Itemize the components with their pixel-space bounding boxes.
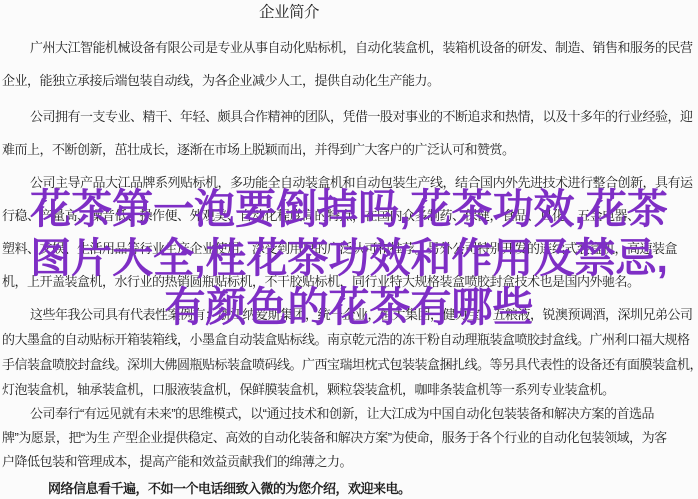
paragraph: 公司主导产品大江品牌系列贴标机，多功能全自动装盒机和自动包装生产线，结合国内外先… (2, 166, 696, 298)
paragraph-line: 牌”为愿景，把“为生 产型企业提供稳定、高效的自动化装备和解决方案”为使命，服务… (2, 426, 696, 450)
paragraph: 这些年我公司具有代表性案例有：浙江纳爱斯集团，统一企业，恒大集团，健力宝，五粮液… (2, 302, 696, 402)
paragraph-line: 户降低包装和管理成本，提高产能和效益贡献我们的绵薄之力。 (2, 450, 696, 474)
paragraph-line: 广州大江智能机械设备有限公司是专业从事自动化贴标机，自动化装盒机，装箱机设备的研… (2, 31, 696, 64)
paragraph-line: 公司主导产品大江品牌系列贴标机，多功能全自动装盒机和自动包装生产线，结合国内外先… (2, 166, 696, 199)
paragraph-line: 塑料、文娱、生活用品等行业生产企业使用，深受到用户的广泛认可和推荐。另外公司特别… (2, 232, 696, 265)
company-profile-page: 企业简介 广州大江智能机械设备有限公司是专业从事自动化贴标机，自动化装盒机，装箱… (0, 0, 698, 499)
paragraph-line: 行稳、产量高、噪音低、操作便、外观美、自动化程度高的特点，在国内众多制药、保健，… (2, 199, 696, 232)
paragraph: 公司奉行“有远见就有未来”的思维模式，以“通过技术和创新，让大江成为中国自动化包… (2, 402, 696, 474)
paragraph-line: 难而上，不断创新，茁壮成长，逐渐在市场上脱颖而出，并得到广大客户的广泛认可和赞赏… (2, 133, 696, 166)
paragraph: 公司拥有一支专业、精干、年轻、颇具合作精神的团队，凭借一股对事业的不断追求和热情… (2, 100, 696, 166)
paragraph-line: 公司奉行“有远见就有未来”的思维模式，以“通过技术和创新，让大江成为中国自动化包… (2, 402, 696, 426)
paragraph: 广州大江智能机械设备有限公司是专业从事自动化贴标机，自动化装盒机，装箱机设备的研… (2, 31, 696, 97)
body-paragraphs: 广州大江智能机械设备有限公司是专业从事自动化贴标机，自动化装盒机，装箱机设备的研… (0, 31, 698, 499)
paragraph-line: 公司拥有一支专业、精干、年轻、颇具合作精神的团队，凭借一股对事业的不断追求和热情… (2, 100, 696, 133)
page-title: 企业简介 (0, 0, 638, 23)
paragraph-line: 企业，能独立承接后端包装自动线，为各企业减少人工，提供自动化生产能力。 (2, 64, 696, 97)
paragraph-line: 灯泡装盒机，轴承装盒机，口服液装盒机，保鲜膜装盒机，颗粒袋装盒机，咖啡条装盒机等… (2, 377, 696, 402)
paragraph-line: 机，上开盖装盒机，水行业的热销圆瓶贴标机，不干胶贴标机，同行业特大规格装盒喷胶封… (2, 265, 696, 298)
closing-line: 网络信息看千遍，不如一个电话细致入微的为您介绍，欢迎来电。 (2, 477, 696, 499)
paragraph-line: 手信装盒喷胶封盒线。深圳大佛圆瓶贴标装盒喷码线。广西宝瑞坦枕式包装装盒捆扎线。等… (2, 352, 696, 377)
paragraph-line: 这些年我公司具有代表性案例有：浙江纳爱斯集团，统一企业，恒大集团，健力宝，五粮液… (2, 302, 696, 327)
paragraph-line: 的大墨盒的自动贴标开箱装箱线，小墨盒自动装盒贴标线。南京乾元浩的冻干粉自动理瓶装… (2, 327, 696, 352)
